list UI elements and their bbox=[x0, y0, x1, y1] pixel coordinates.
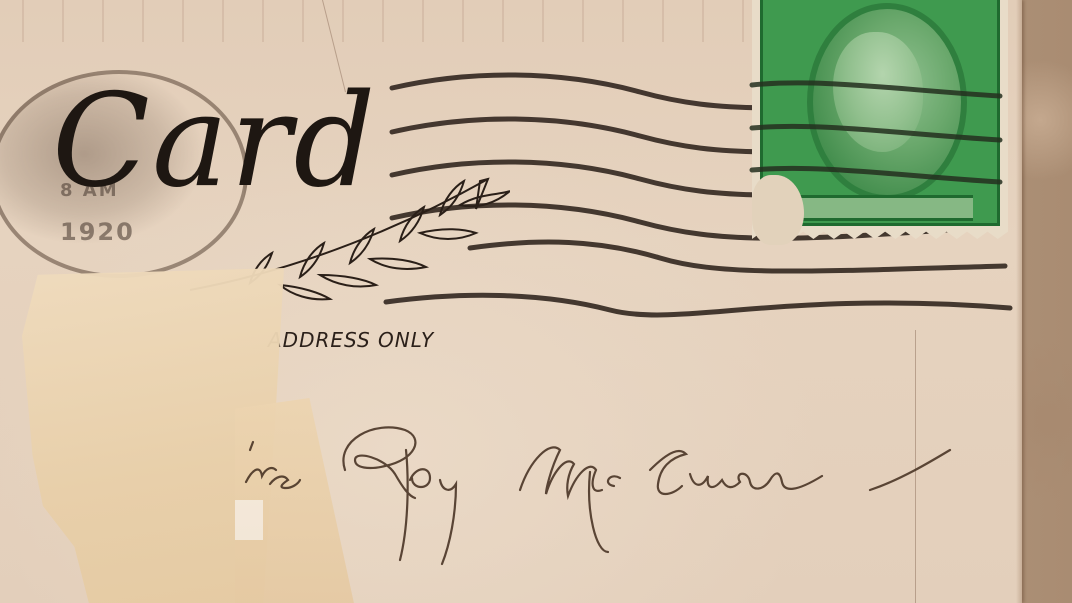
postcard: 8 AM 1920 Card ADDRESS ONLY bbox=[0, 0, 1022, 603]
card-edge-shadow bbox=[1016, 0, 1022, 603]
handwritten-recipient-name: rs Roy McQueen bbox=[0, 0, 1022, 603]
